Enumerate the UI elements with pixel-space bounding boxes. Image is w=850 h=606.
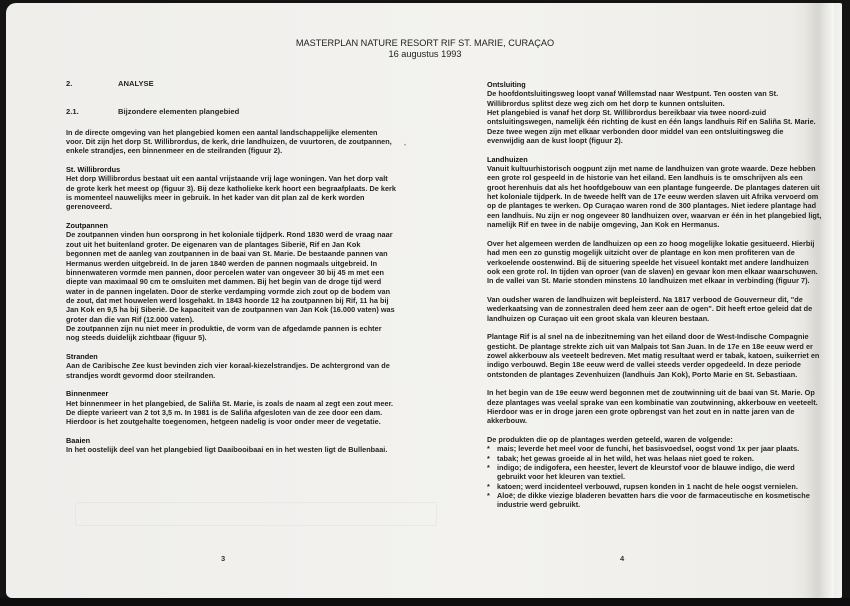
- products-list: mais; leverde het meel voor de funchi, h…: [487, 444, 822, 509]
- block-heading: St. Willibrordus: [66, 165, 396, 174]
- reverse-page-showthrough: [75, 502, 437, 526]
- block-heading: Ontsluiting: [487, 80, 822, 89]
- page-number-right: 4: [620, 554, 624, 563]
- block-paragraph: Aan de Caribische Zee kust bevinden zich…: [66, 361, 396, 380]
- block-st-willibrordus: St. Willibrordus Het dorp Willibrordus b…: [66, 165, 396, 212]
- block-paragraph: Het plangebied is vanaf het dorp St. Wil…: [487, 108, 822, 145]
- block-ontsluiting: Ontsluiting De hoofdontsluitingsweg loop…: [487, 80, 822, 145]
- block-paragraph: In het oostelijk deel van het plangebied…: [66, 445, 396, 454]
- block-paragraph: De zoutpannen vinden hun oorsprong in he…: [66, 230, 396, 323]
- paragraph: Over het algemeen werden de landhuizen o…: [487, 239, 822, 286]
- block-landhuizen: Landhuizen Vanuit kultuurhistorisch oogp…: [487, 155, 822, 230]
- list-item: tabak; het gewas groeide al in het wild,…: [487, 454, 822, 463]
- block-heading: Baaien: [66, 436, 396, 445]
- intro-paragraph: In de directe omgeving van het plangebie…: [66, 128, 396, 156]
- document-date: 16 augustus 1993: [0, 49, 850, 60]
- block-heading: Stranden: [66, 352, 396, 361]
- document-title: MASTERPLAN NATURE RESORT RIF ST. MARIE, …: [0, 38, 850, 49]
- block-paragraph: De zoutpannen zijn nu niet meer in produ…: [66, 324, 396, 343]
- left-page-column: 2. ANALYSE 2.1. Bijzondere elementen pla…: [66, 79, 396, 464]
- products-intro: De produkten die op de plantages werden …: [487, 435, 822, 444]
- subsection-title: Bijzondere elementen plangebied: [118, 107, 239, 116]
- section-heading: 2. ANALYSE: [66, 79, 396, 88]
- right-page-column: Ontsluiting De hoofdontsluitingsweg loop…: [487, 80, 822, 510]
- section-title: ANALYSE: [118, 79, 154, 88]
- section-number: 2.: [66, 79, 118, 88]
- block-paragraph: Vanuit kultuurhistorisch oogpunt zijn me…: [487, 164, 822, 229]
- block-paragraph: Het dorp Willibrordus bestaat uit een aa…: [66, 174, 396, 211]
- block-heading: Zoutpannen: [66, 221, 396, 230]
- list-item: Aloë; de dikke viezige bladeren bevatten…: [487, 491, 822, 510]
- block-zoutpannen: Zoutpannen De zoutpannen vinden hun oors…: [66, 221, 396, 342]
- block-paragraph: De hoofdontsluitingsweg loopt vanaf Will…: [487, 89, 822, 108]
- block-stranden: Stranden Aan de Caribische Zee kust bevi…: [66, 352, 396, 380]
- block-baaien: Baaien In het oostelijk deel van het pla…: [66, 436, 396, 455]
- paragraph: In het begin van de 19e eeuw werd begonn…: [487, 388, 822, 425]
- block-heading: Binnenmeer: [66, 389, 396, 398]
- scan-speck: •: [404, 143, 406, 149]
- subsection-number: 2.1.: [66, 107, 118, 116]
- subsection-heading: 2.1. Bijzondere elementen plangebied: [66, 107, 396, 116]
- block-paragraph: Het binnenmeer in het plangebied, de Sal…: [66, 399, 396, 427]
- block-binnenmeer: Binnenmeer Het binnenmeer in het plangeb…: [66, 389, 396, 426]
- list-item: indigo; de indigofera, een heester, leve…: [487, 463, 822, 482]
- paragraph: Van oudsher waren de landhuizen wit bepl…: [487, 295, 822, 323]
- paragraph: Plantage Rif is al snel na de inbezitnem…: [487, 332, 822, 379]
- list-item: mais; leverde het meel voor de funchi, h…: [487, 444, 822, 453]
- page-number-left: 3: [221, 554, 225, 563]
- document-header: MASTERPLAN NATURE RESORT RIF ST. MARIE, …: [0, 38, 850, 60]
- block-heading: Landhuizen: [487, 155, 822, 164]
- list-item: katoen; werd incidenteel verbouwd, rupse…: [487, 482, 822, 491]
- scan-border: [0, 598, 850, 606]
